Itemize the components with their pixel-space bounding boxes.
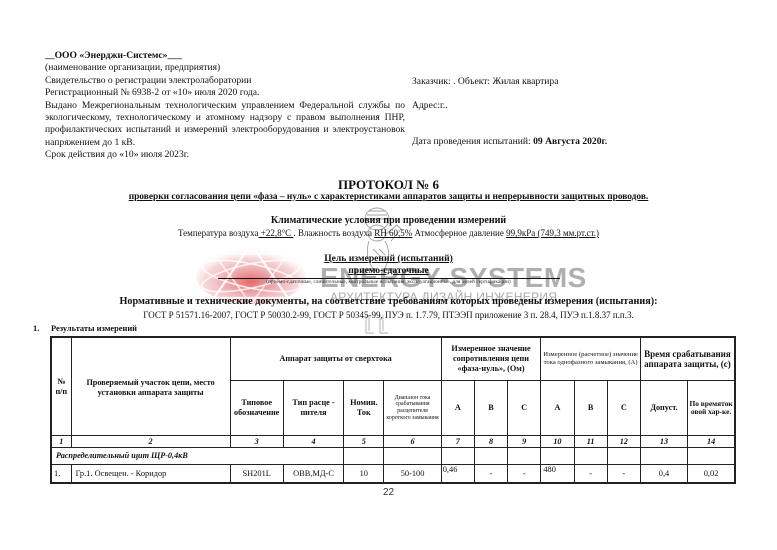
empty-cell [688,448,735,465]
header-current-group: Измеренное (расчетное) значение тока одн… [541,337,641,381]
goal-hint: (приемо-сдаточные, сличительные, контрол… [0,279,777,285]
empty-cell [384,448,441,465]
colnum: 2 [71,436,230,448]
test-date: Дата проведения испытаний: 09 Августа 20… [412,136,607,148]
cell-release-type: OBB,МД-С [283,465,343,484]
cell-cur-a: 480 [541,465,574,484]
header-res-a: А [441,381,474,436]
cell-allowed: 0,4 [640,465,687,484]
header-num: № п/п [51,337,71,436]
table-header-row-1: № п/п Проверяемый участок цепи, место ус… [51,337,735,381]
valid-until: Срок действия до «10» июля 2023г. [45,149,405,161]
issued-by: Выдано Межрегиональным технологическим у… [45,100,405,150]
cell-res-c: - [508,465,541,484]
empty-cell [574,448,607,465]
humidity-label: . Влажность воздуха [293,228,374,238]
colnum: 12 [607,436,640,448]
header-type: Типовое обозначение [230,381,283,436]
empty-cell [640,448,687,465]
cell-num: 1. [51,465,71,484]
normative-docs: ГОСТ Р 51571.16-2007, ГОСТ Р 50030.2-99,… [0,310,777,320]
pressure-label: Атмосферное давление [412,228,506,238]
temperature-label: Температура воздуха [178,228,259,238]
cell-nominal: 10 [344,465,384,484]
empty-cell [541,448,574,465]
normative-heading: Нормативные и технические документы, на … [0,296,777,307]
protocol-title: ПРОТОКОЛ № 6 [0,177,777,193]
empty-cell [441,448,474,465]
colnum: 1 [51,436,71,448]
humidity-value: RH 60,5% [374,228,412,238]
header-cur-c: С [607,381,640,436]
colnum: 4 [283,436,343,448]
test-date-value: 09 Августа 2020г. [533,136,607,147]
empty-cell [344,448,384,465]
cell-type: SH201L [230,465,283,484]
table-section-row: Распределительный щит ЩР-0,4кВ [51,448,735,465]
protocol-subtitle: проверки согласования цепи «фаза – нуль»… [0,192,777,202]
header-time-group: Время срабатывания аппарата защиты, (с) [640,337,735,381]
cell-by-curve: 0,02 [688,465,735,484]
section-title: Результаты измерений [51,324,137,333]
results-table: № п/п Проверяемый участок цепи, место ус… [50,336,736,484]
test-date-label: Дата проведения испытаний: [412,136,533,147]
header-by-curve: По времяток овой хар-ке. [688,381,735,436]
colnum: 9 [508,436,541,448]
header-res-c: С [508,381,541,436]
cell-res-b: - [474,465,507,484]
header-cur-b: В [574,381,607,436]
empty-cell [508,448,541,465]
header-res-b: В [474,381,507,436]
empty-cell [607,448,640,465]
goal-value: приемо-сдаточные [0,265,777,276]
organization-info: __ООО «Энерджи-Системс»___ (наименование… [45,50,405,162]
colnum: 6 [384,436,441,448]
organization-name-caption: (наименование организации, предприятия) [45,62,405,74]
climate-heading: Климатические условия при проведении изм… [0,215,777,226]
header-protection-group: Аппарат защиты от сверхтока [230,337,441,381]
customer-object: Заказчик: . Объект: Жилая квартира [412,76,607,88]
header-circuit: Проверяемый участок цепи, место установк… [71,337,230,436]
address: Адрес:г.. [412,100,607,112]
client-info: Заказчик: . Объект: Жилая квартира Адрес… [412,76,607,148]
cell-cur-b: - [574,465,607,484]
header-range: Диапазон тока срабатывания расцепителя к… [384,381,441,436]
empty-cell [474,448,507,465]
section-row-title: Распределительный щит ЩР-0,4кВ [51,448,344,465]
organization-name: __ООО «Энерджи-Системс»___ [45,50,405,62]
cell-res-a: 0,46 [441,465,474,484]
colnum: 5 [344,436,384,448]
section-number: 1. [33,324,51,333]
colnum: 11 [574,436,607,448]
header-release-type: Тип расце - пителя [283,381,343,436]
header-nominal: Номин. Ток [344,381,384,436]
column-numbers-row: 1 2 3 4 5 6 7 8 9 10 11 12 13 14 [51,436,735,448]
table-row: 1. Гр.1. Освещен. - Коридор SH201L OBB,М… [51,465,735,484]
pressure-value: 99,9кРа (749,3 мм.рт.ст.) [506,228,599,238]
colnum: 14 [688,436,735,448]
colnum: 8 [474,436,507,448]
colnum: 7 [441,436,474,448]
cell-cur-c: - [607,465,640,484]
cell-range: 50-100 [384,465,441,484]
page-number: 22 [0,487,777,498]
cell-circuit: Гр.1. Освещен. - Коридор [71,465,230,484]
section-heading: 1.Результаты измерений [33,324,137,333]
colnum: 10 [541,436,574,448]
temperature-value: +22,8°C [259,228,294,238]
header-cur-a: А [541,381,574,436]
colnum: 13 [640,436,687,448]
lab-certificate: Свидетельство о регистрации электролабор… [45,75,405,87]
registration-number: Регистрационный № 6938-2 от «10» июля 20… [45,87,405,99]
climate-conditions: Температура воздуха +22,8°C . Влажность … [0,228,777,238]
colnum: 3 [230,436,283,448]
header-resistance-group: Измеренное значение сопротивления цепи «… [441,337,541,381]
goal-heading: Цель измерений (испытаний) [0,253,777,264]
header-allowed: Допуст. [640,381,687,436]
